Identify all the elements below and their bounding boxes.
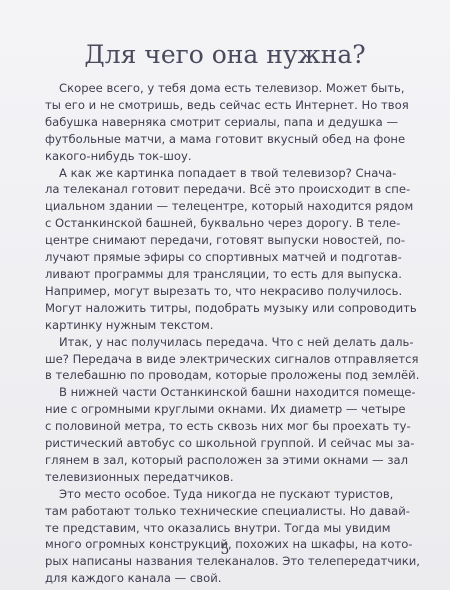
text-line: Например, могут вырезать то, что некраси… bbox=[45, 283, 390, 300]
text-line: для каждого канала — свой. bbox=[45, 570, 390, 587]
page-title: Для чего она нужна? bbox=[0, 42, 450, 67]
paragraph: Это место особое. Туда никогда не пускаю… bbox=[45, 486, 390, 587]
text-line: ты его и не смотришь, ведь сейчас есть И… bbox=[45, 97, 390, 114]
paragraph: Итак, у нас получилась передача. Что с н… bbox=[45, 334, 390, 385]
text-line: те представим, что оказались внутри. Тог… bbox=[45, 520, 390, 537]
text-line: футбольные матчи, а мама готовит вкусный… bbox=[45, 131, 390, 148]
text-line: центре снимают передачи, готовят выпуски… bbox=[45, 232, 390, 249]
book-page: Для чего она нужна? Скорее всего, у тебя… bbox=[0, 0, 450, 590]
text-line: Это место особое. Туда никогда не пускаю… bbox=[45, 486, 390, 503]
text-line: телевизионных передатчиков. bbox=[45, 469, 390, 486]
text-line: А как же картинка попадает в твой телеви… bbox=[45, 165, 390, 182]
text-line: Итак, у нас получилась передача. Что с н… bbox=[45, 334, 390, 351]
text-line: с половиной метра, то есть сквозь них мо… bbox=[45, 418, 390, 435]
text-line: Скорее всего, у тебя дома есть телевизор… bbox=[45, 80, 390, 97]
paragraph: А как же картинка попадает в твой телеви… bbox=[45, 165, 390, 334]
paragraph: В нижней части Останкинской башни находи… bbox=[45, 384, 390, 485]
text-line: ла телеканал готовит передачи. Всё это п… bbox=[45, 181, 390, 198]
text-line: ристический автобус со школьной группой.… bbox=[45, 435, 390, 452]
text-line: в телебашню по проводам, которые проложе… bbox=[45, 367, 390, 384]
text-line: там работают только технические специали… bbox=[45, 503, 390, 520]
text-line: Могут наложить титры, подобрать музыку и… bbox=[45, 300, 390, 317]
text-line: ние с огромными круглыми окнами. Их диам… bbox=[45, 401, 390, 418]
paragraph: Скорее всего, у тебя дома есть телевизор… bbox=[45, 80, 390, 165]
text-line: с Останкинской башней, буквально через д… bbox=[45, 215, 390, 232]
text-line: ше? Передача в виде электрических сигнал… bbox=[45, 351, 390, 368]
text-line: картинку нужным текстом. bbox=[45, 317, 390, 334]
body-text: Скорее всего, у тебя дома есть телевизор… bbox=[45, 80, 390, 587]
text-line: лучают прямые эфиры со спортивных матчей… bbox=[45, 249, 390, 266]
text-line: В нижней части Останкинской башни находи… bbox=[45, 384, 390, 401]
text-line: ливают программы для трансляции, то есть… bbox=[45, 266, 390, 283]
text-line: бабушка наверняка смотрит сериалы, папа … bbox=[45, 114, 390, 131]
text-line: какого-нибудь ток-шоу. bbox=[45, 148, 390, 165]
text-line: глянем в зал, который расположен за этим… bbox=[45, 452, 390, 469]
page-number: 5 bbox=[0, 542, 450, 558]
text-line: циальном здании — телецентре, который на… bbox=[45, 198, 390, 215]
